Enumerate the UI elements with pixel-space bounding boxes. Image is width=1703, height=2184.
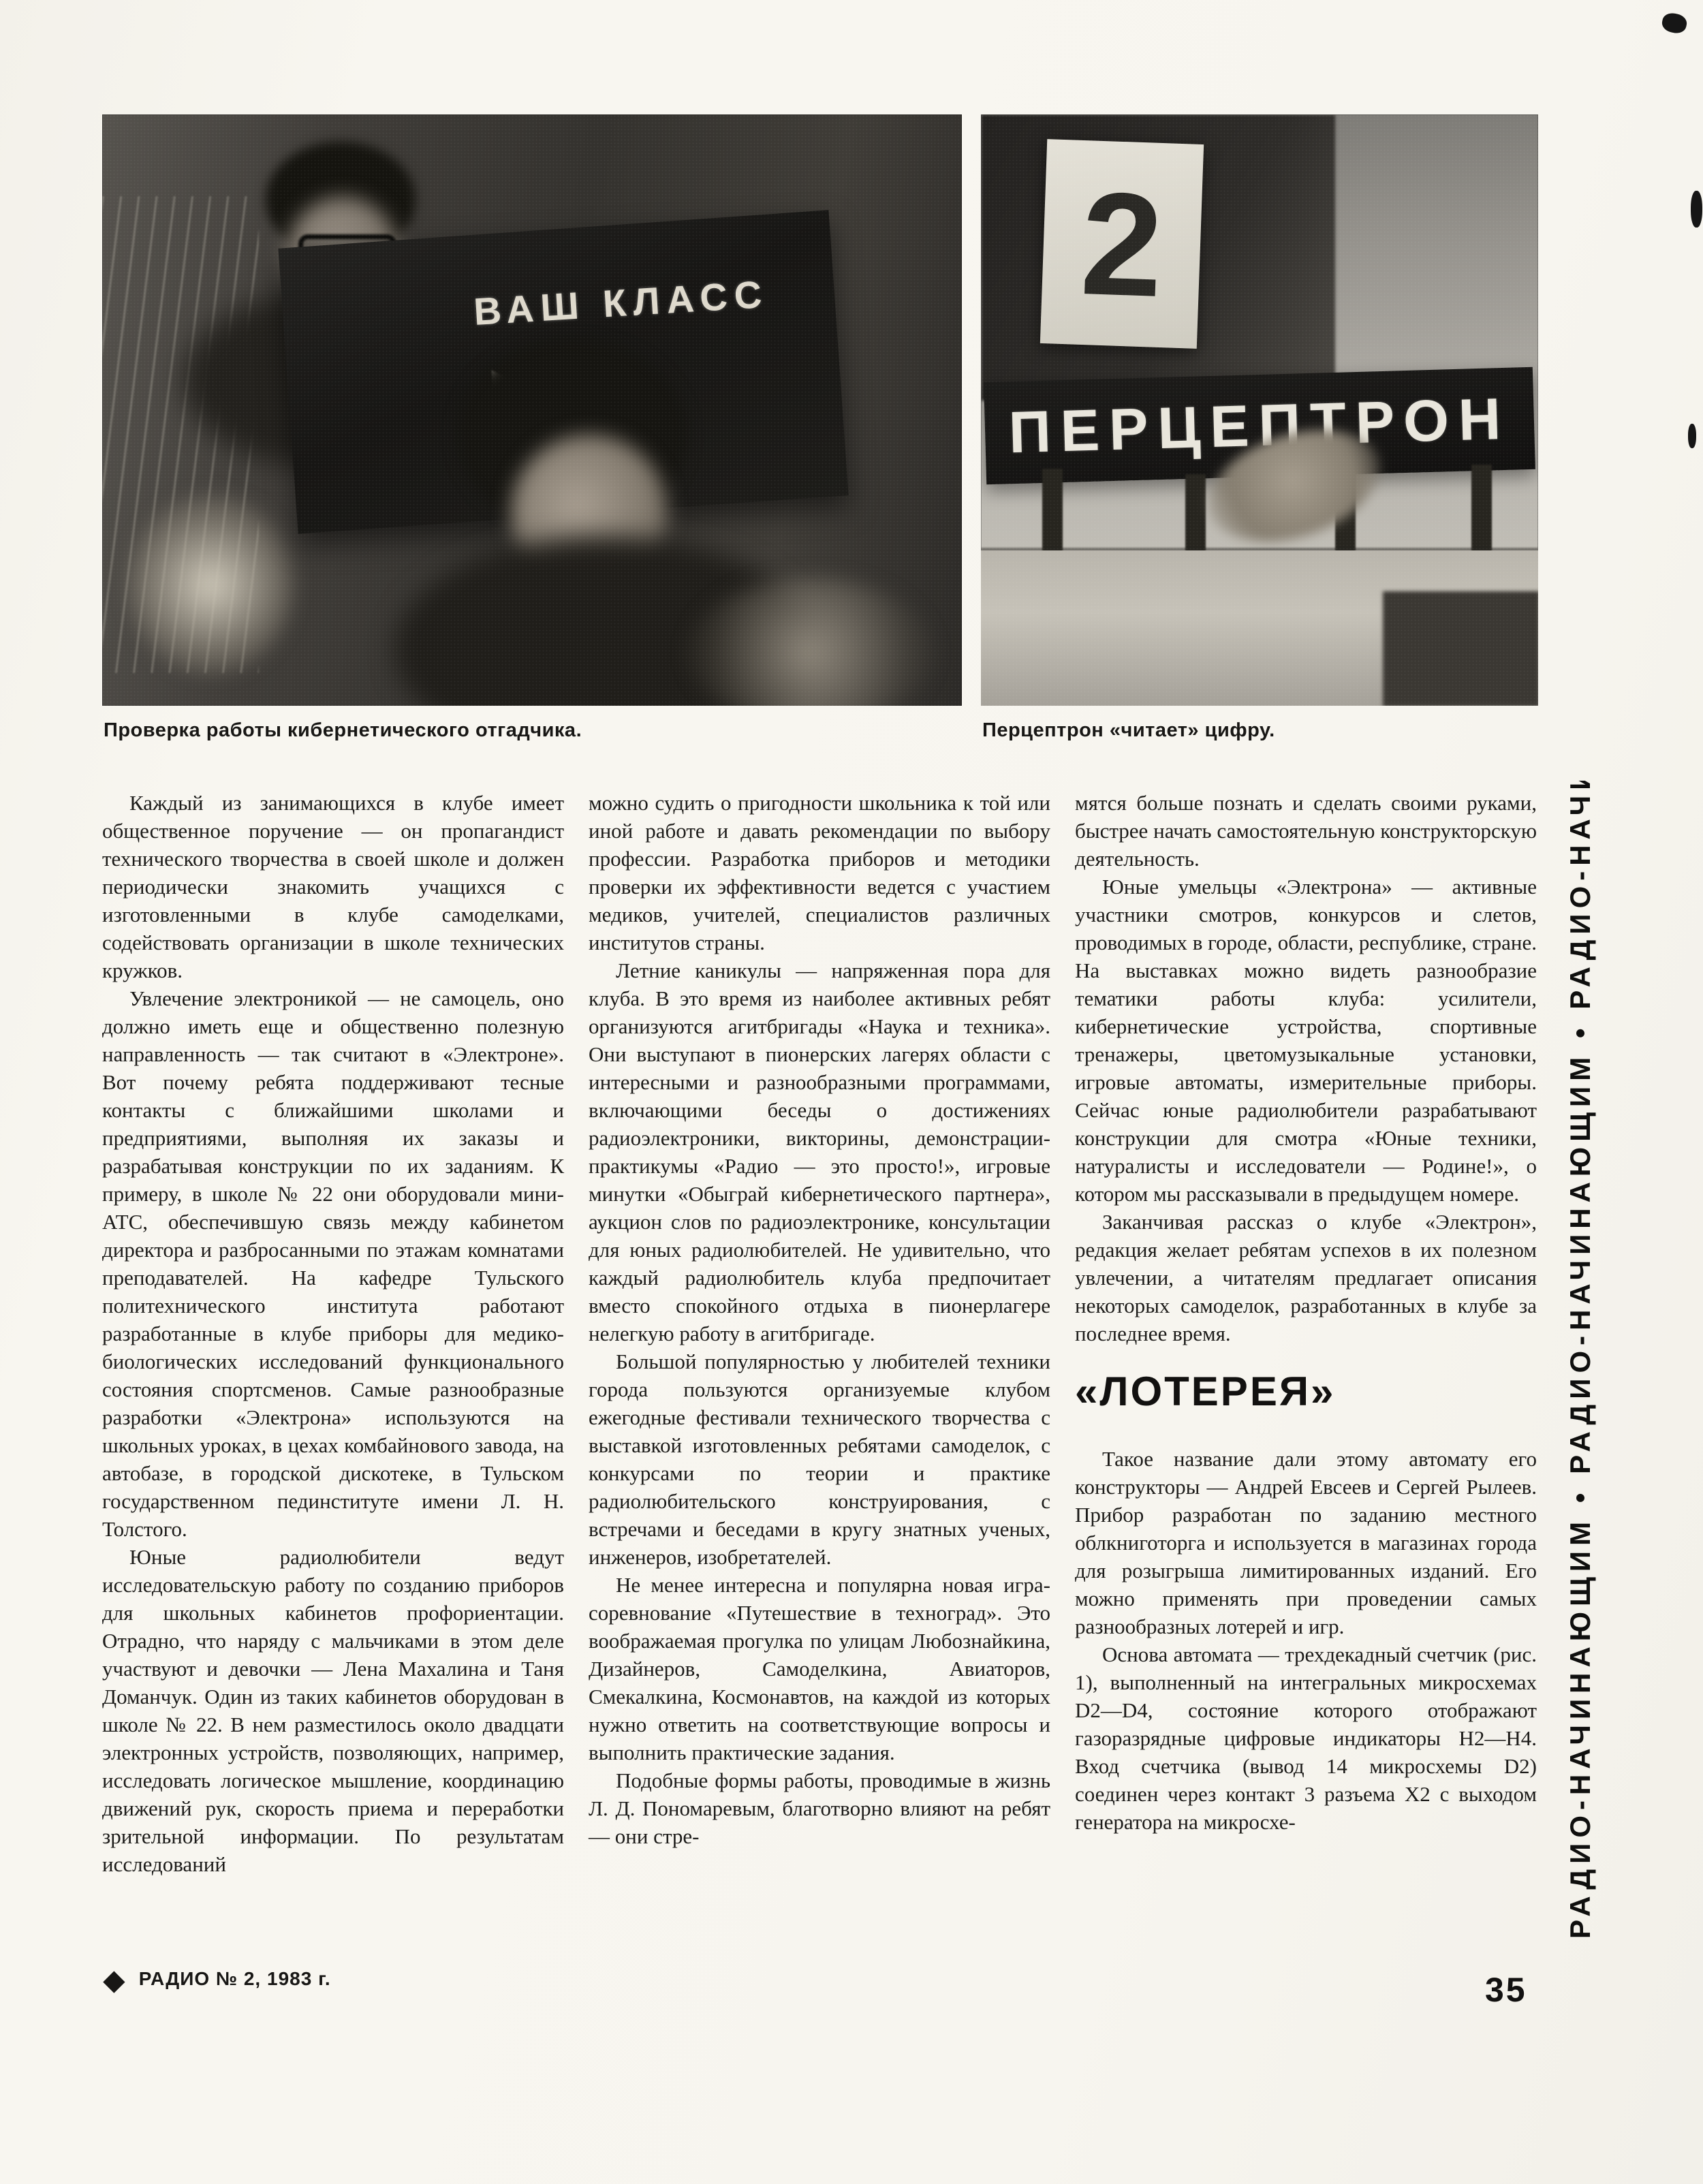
photo-perceptron: 2 ПЕРЦЕПТРОН (981, 114, 1538, 706)
paragraph: Основа автомата — трехдекадный счетчик (… (1075, 1640, 1537, 1836)
article-column-2: можно судить о пригодности школьника к т… (589, 789, 1050, 1878)
digit-card: 2 (1040, 139, 1204, 349)
article-body: Каждый из занимающихся в клубе имеет общ… (102, 789, 1537, 1878)
device-box (1383, 591, 1538, 706)
paragraph: Юные умельцы «Электрона» — активные учас… (1075, 873, 1537, 1208)
caption-right: Перцептрон «читает» цифру. (982, 719, 1540, 742)
paragraph: Подобные формы работы, проводимые в жизн… (589, 1766, 1050, 1850)
device-label: ВАШ КЛАСС (473, 272, 770, 334)
footer-issue-line: ◆РАДИО № 2, 1983 г. (104, 1965, 331, 1996)
article-column-3: мятся больше познать и сделать своими ру… (1075, 789, 1537, 1878)
paragraph: Большой популярностью у любителей техник… (589, 1347, 1050, 1571)
paragraph: Заканчивая рассказ о клубе «Электрон», р… (1075, 1208, 1537, 1347)
caption-left: Проверка работы кибернетического отгадчи… (104, 719, 963, 742)
photo-cybernetic-guesser: ВАШ КЛАСС (102, 114, 962, 706)
paragraph: Каждый из занимающихся в клубе имеет общ… (102, 789, 564, 984)
diamond-icon: ◆ (104, 1965, 125, 1995)
paragraph: мятся больше познать и сделать своими ру… (1075, 789, 1537, 873)
paragraph: Такое название дали этому автомату его к… (1075, 1445, 1537, 1640)
paragraph: Увлечение электроникой — не самоцель, он… (102, 984, 564, 1543)
scan-speck (1688, 424, 1696, 448)
light-area (129, 496, 293, 673)
magazine-page: ВАШ КЛАСС 2 ПЕРЦЕПТРОН Проверка работы к… (0, 0, 1703, 2184)
scan-speck (1691, 191, 1702, 228)
paragraph: Не менее интересна и популярна новая игр… (589, 1571, 1050, 1766)
paragraph: Летние каникулы — напряженная пора для к… (589, 956, 1050, 1347)
paragraph: Юные радиолюбители ведут исследовательск… (102, 1543, 564, 1878)
article-column-1: Каждый из занимающихся в клубе имеет общ… (102, 789, 564, 1878)
digit-2: 2 (1078, 169, 1165, 318)
section-heading-lottery: «ЛОТЕРЕЯ» (1075, 1377, 1537, 1405)
paragraph: можно судить о пригодности школьника к т… (589, 789, 1050, 956)
scan-speck (1660, 12, 1688, 35)
rubric-vertical-strip: РАДИО-НАЧИНАЮЩИМ • РАДИО-НАЧИНАЮЩИМ • РА… (1560, 781, 1601, 1939)
issue-label: РАДИО № 2, 1983 г. (139, 1968, 331, 1989)
page-number: 35 (1485, 1970, 1527, 2010)
